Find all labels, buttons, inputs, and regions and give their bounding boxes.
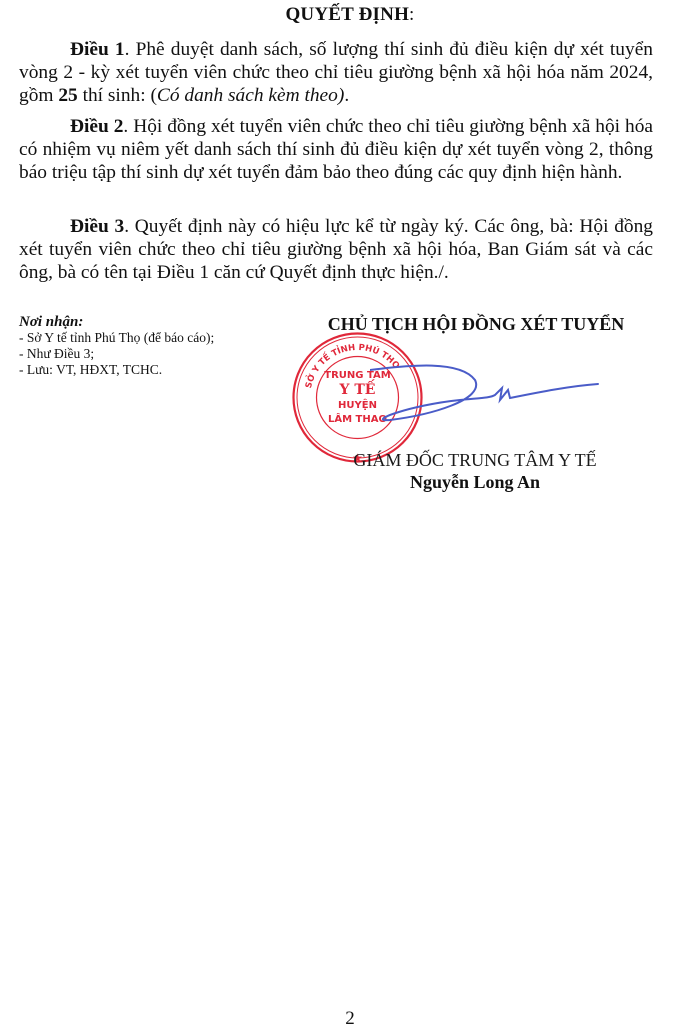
handwritten-signature-icon xyxy=(370,350,600,430)
article-2: Điều 2. Hội đồng xét tuyển viên chức the… xyxy=(19,115,653,184)
decision-title-colon: : xyxy=(409,4,414,25)
document-page: QUYẾT ĐỊNH: Điều 1. Phê duyệt danh sách,… xyxy=(0,0,700,1036)
recipient-item: - Lưu: VT, HĐXT, TCHC. xyxy=(19,362,214,378)
article-3: Điều 3. Quyết định này có hiệu lực kể từ… xyxy=(19,215,653,284)
signer-position: GIÁM ĐỐC TRUNG TÂM Y TẾ xyxy=(300,450,650,471)
recipients-block: Nơi nhận: - Sở Y tế tỉnh Phú Thọ (để báo… xyxy=(19,314,214,378)
decision-title-text: QUYẾT ĐỊNH xyxy=(285,4,409,25)
article-1-label: Điều 1 xyxy=(70,39,125,60)
article-1: Điều 1. Phê duyệt danh sách, số lượng th… xyxy=(19,38,653,107)
signer-name: Nguyễn Long An xyxy=(300,472,650,493)
article-2-label: Điều 2 xyxy=(70,116,123,137)
recipients-heading: Nơi nhận: xyxy=(19,314,214,330)
candidate-count: 25 xyxy=(58,85,77,106)
article-1-end: . xyxy=(344,85,349,106)
article-1-note: Có danh sách kèm theo) xyxy=(157,85,344,106)
recipient-item: - Sở Y tế tỉnh Phú Thọ (để báo cáo); xyxy=(19,330,214,346)
recipient-item: - Như Điều 3; xyxy=(19,346,214,362)
decision-title: QUYẾT ĐỊNH: xyxy=(0,4,700,26)
article-3-label: Điều 3 xyxy=(70,216,124,237)
page-number: 2 xyxy=(0,1008,700,1030)
article-1-text-after: thí sinh: ( xyxy=(78,85,157,106)
